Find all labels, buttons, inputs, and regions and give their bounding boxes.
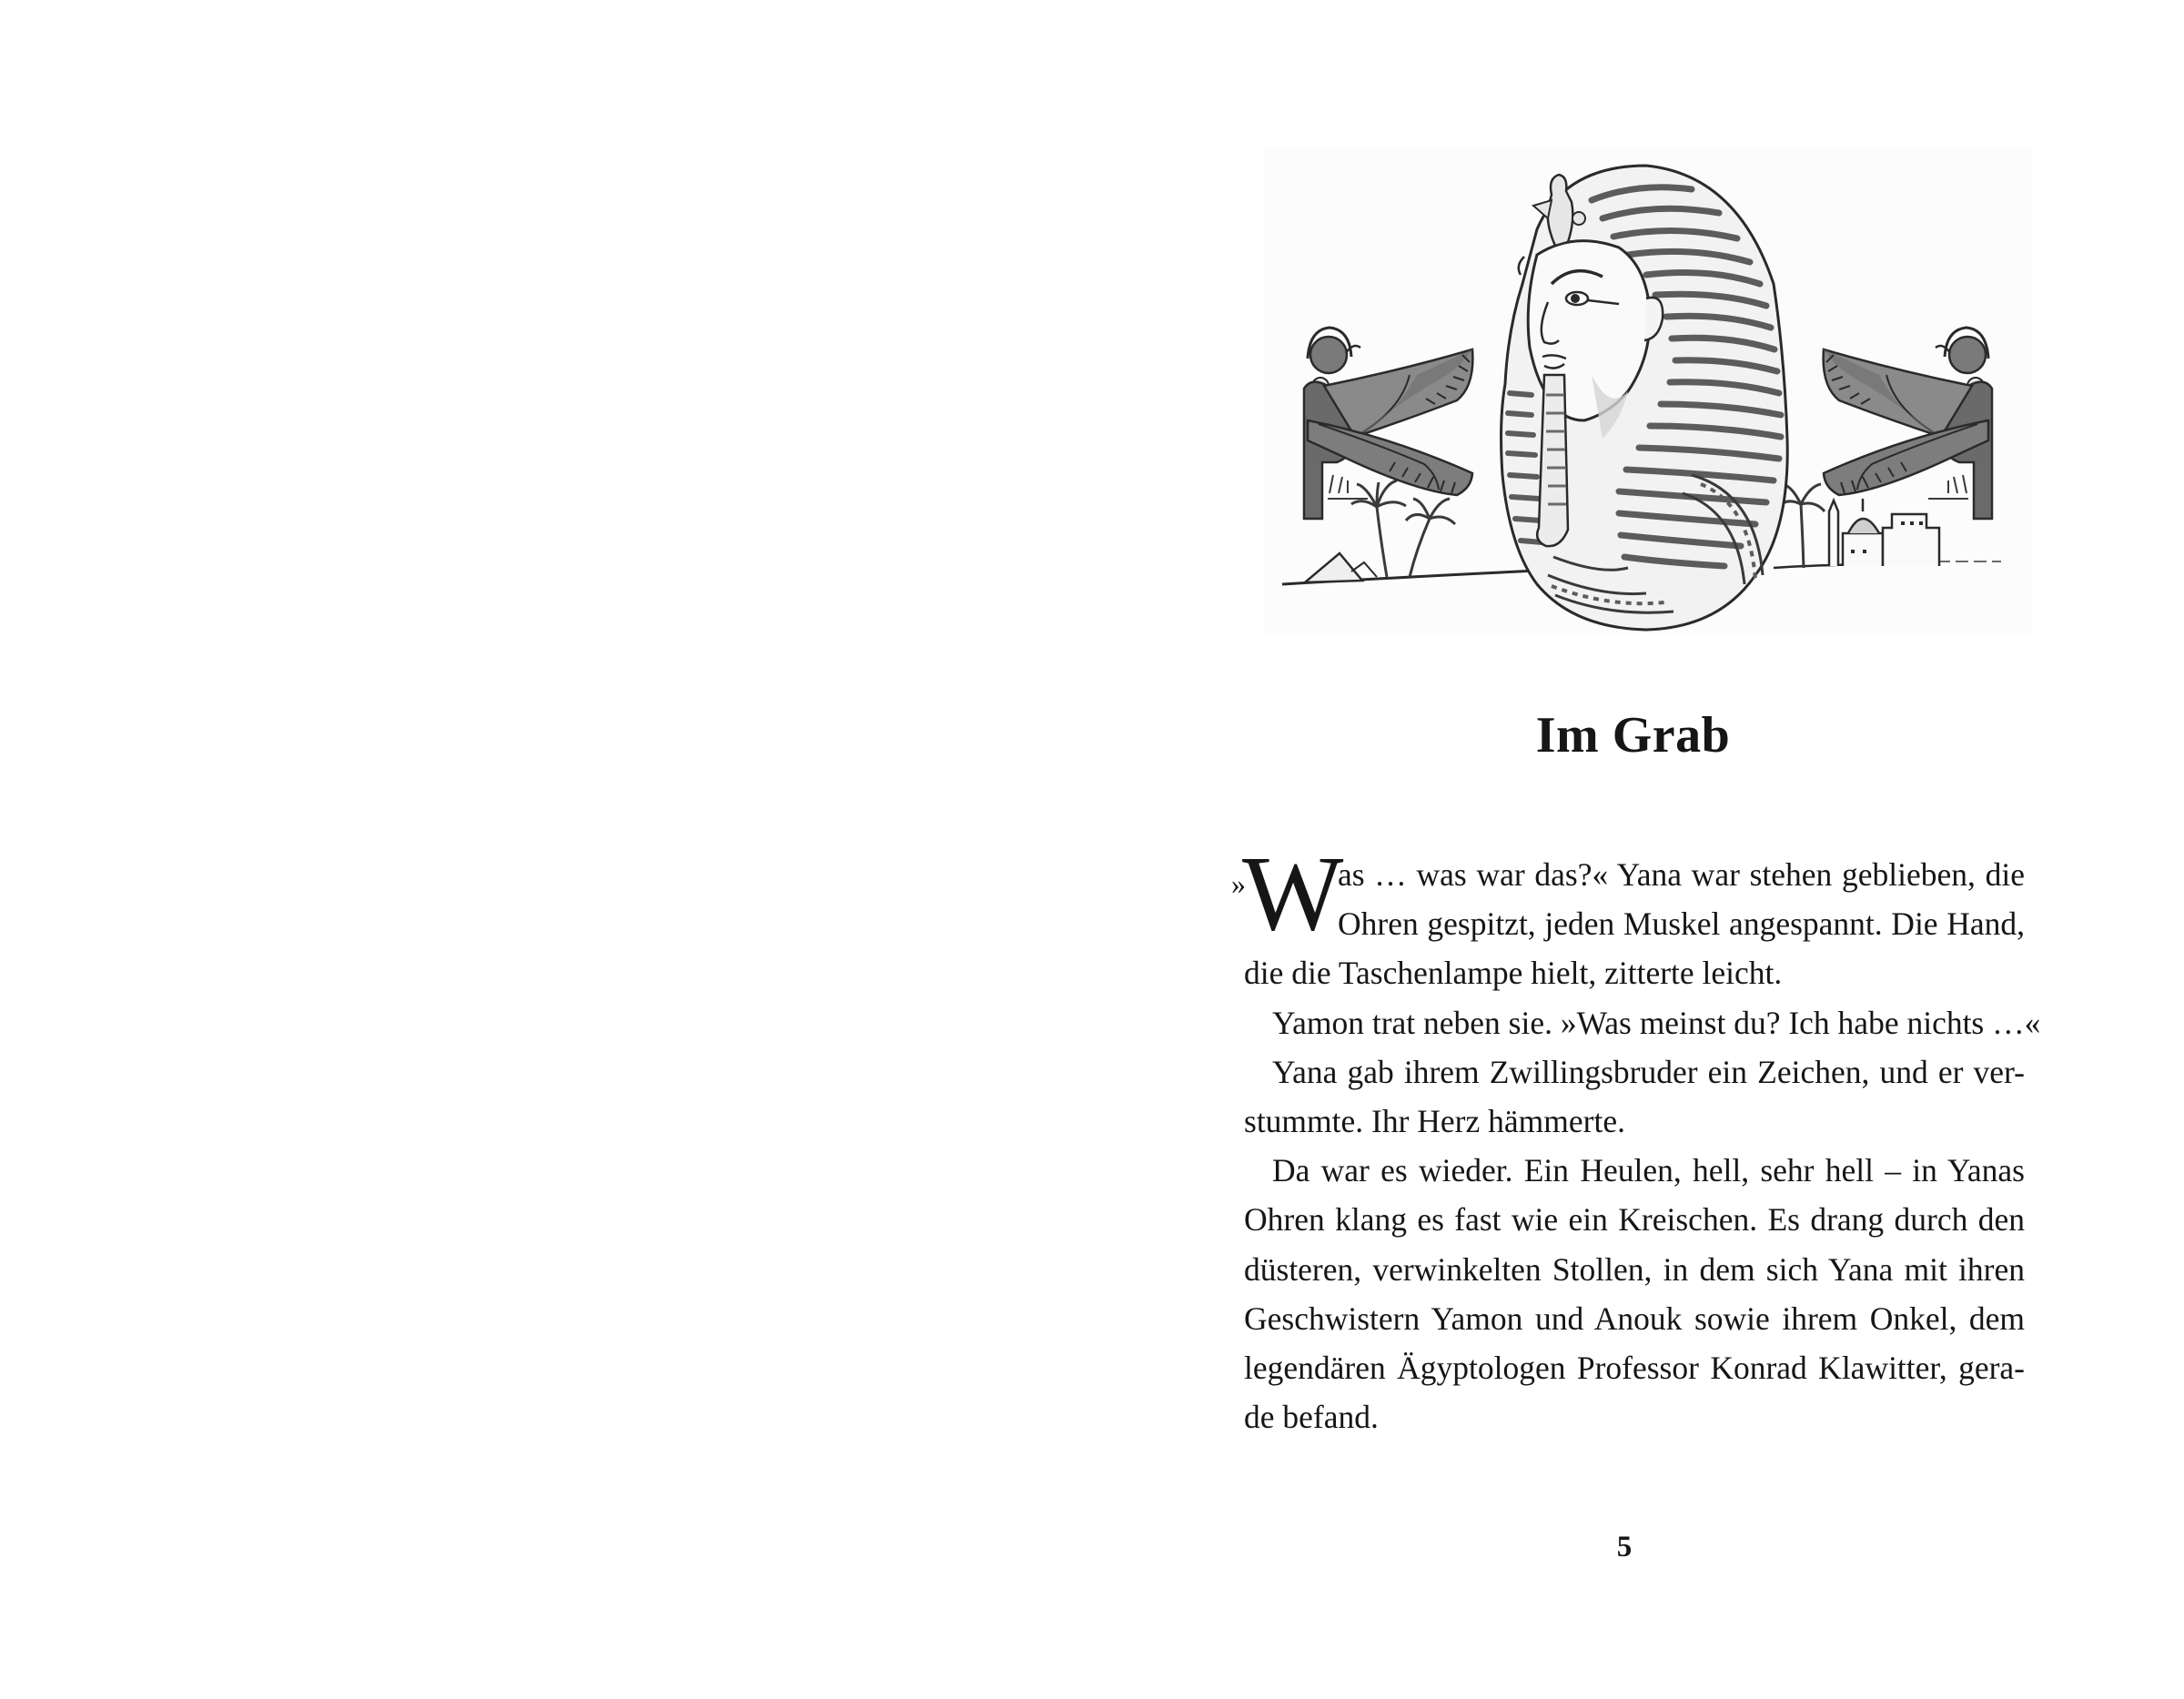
text-line: Yana gab ihrem Zwillingsbruder ein Zeich… — [1231, 1047, 2025, 1097]
text-line: legendären Ägyptologen Professor Konrad … — [1231, 1343, 2025, 1392]
text-line: Da war es wieder. Ein Heulen, hell, sehr… — [1231, 1146, 2025, 1195]
left-falcon — [1304, 328, 1472, 519]
text-line: Yamon trat neben sie. »Was meinst du? Ic… — [1231, 998, 2025, 1047]
right-falcon — [1824, 328, 1992, 519]
left-page-blank — [0, 0, 1092, 1699]
text-line: düsteren, verwinkelten Stollen, in dem s… — [1231, 1245, 2025, 1294]
text-line: de befand. — [1231, 1392, 2025, 1441]
text-line-content: as … was war das?« Yana war stehen gebli… — [1231, 850, 2025, 899]
pharaoh-mask — [1501, 166, 1788, 630]
text-line: Geschwistern Yamon und Anouk sowie ihrem… — [1231, 1294, 2025, 1343]
page-number: 5 — [1579, 1529, 1670, 1565]
text-line: die die Taschenlampe hielt, zitterte lei… — [1231, 948, 2025, 997]
text-line: Ohren klang es fast wie ein Kreischen. E… — [1231, 1195, 2025, 1244]
chapter-illustration — [1264, 147, 2032, 634]
drop-cap: W — [1242, 848, 1343, 939]
chapter-title: Im Grab — [1244, 706, 2022, 764]
text-line: Ohren gespitzt, jeden Muskel angespannt.… — [1231, 899, 2025, 948]
chapter-body: » W as … was war das?« Yana war stehen g… — [1231, 850, 2025, 1441]
text-line: stummte. Ihr Herz hämmerte. — [1231, 1097, 2025, 1146]
text-line: » W as … was war das?« Yana war stehen g… — [1231, 850, 2025, 899]
pharaoh-mask-falcons-icon — [1264, 147, 2032, 634]
